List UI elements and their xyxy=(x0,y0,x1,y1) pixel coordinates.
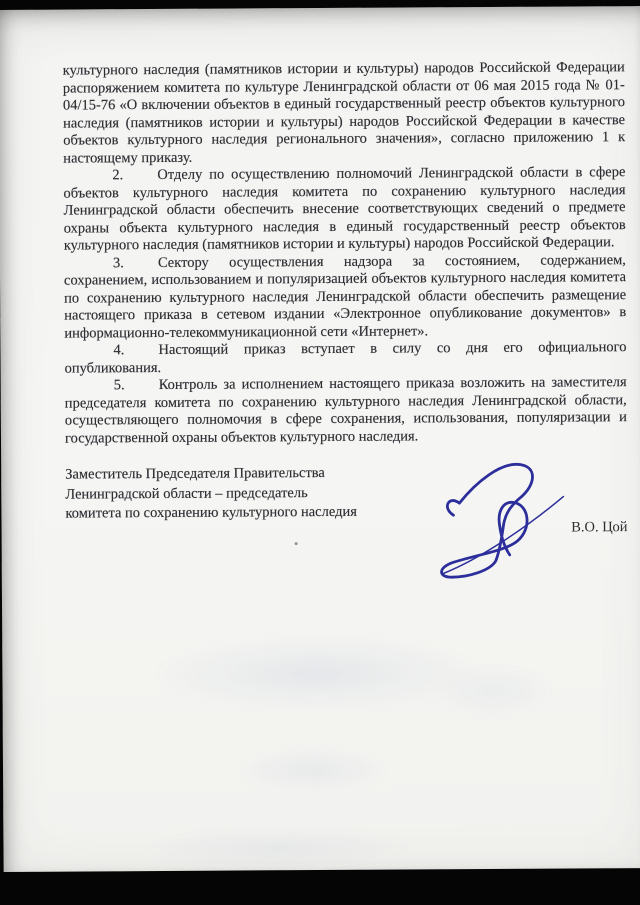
paragraph-number: 5. xyxy=(114,377,159,395)
bleedthrough-smudge xyxy=(152,635,482,712)
scan-speck xyxy=(295,542,298,545)
bleedthrough-smudge xyxy=(432,667,552,716)
bleedthrough-smudge xyxy=(143,829,413,867)
signer-position-line: комитета по сохранению культурного насле… xyxy=(65,501,627,524)
paragraph-5: 5.Контроль за исполнением настоящего при… xyxy=(65,374,627,447)
signer-name: В.О. Цой xyxy=(571,519,627,536)
scanner-background: культурного наследия (памятников истории… xyxy=(0,0,640,905)
paragraph-3: 3.Сектору осуществления надзора за состо… xyxy=(64,252,627,343)
paragraph-number: 2. xyxy=(112,167,157,185)
signature-block: Заместитель Председателя Правительства Л… xyxy=(65,462,627,524)
paragraph-continuation: культурного наследия (памятников истории… xyxy=(63,59,626,167)
paragraph-text: культурного наследия (памятников истории… xyxy=(63,59,626,166)
paragraph-number: 3. xyxy=(113,254,158,272)
paragraph-number: 4. xyxy=(113,342,158,360)
paragraph-4: 4.Настоящий приказ вступает в силу со дн… xyxy=(64,339,626,377)
paragraph-2: 2.Отделу по осуществлению полномочий Лен… xyxy=(63,164,626,255)
document-page: культурного наследия (памятников истории… xyxy=(0,6,640,872)
document-body: культурного наследия (памятников истории… xyxy=(0,6,640,524)
bleedthrough-smudge xyxy=(238,750,388,791)
